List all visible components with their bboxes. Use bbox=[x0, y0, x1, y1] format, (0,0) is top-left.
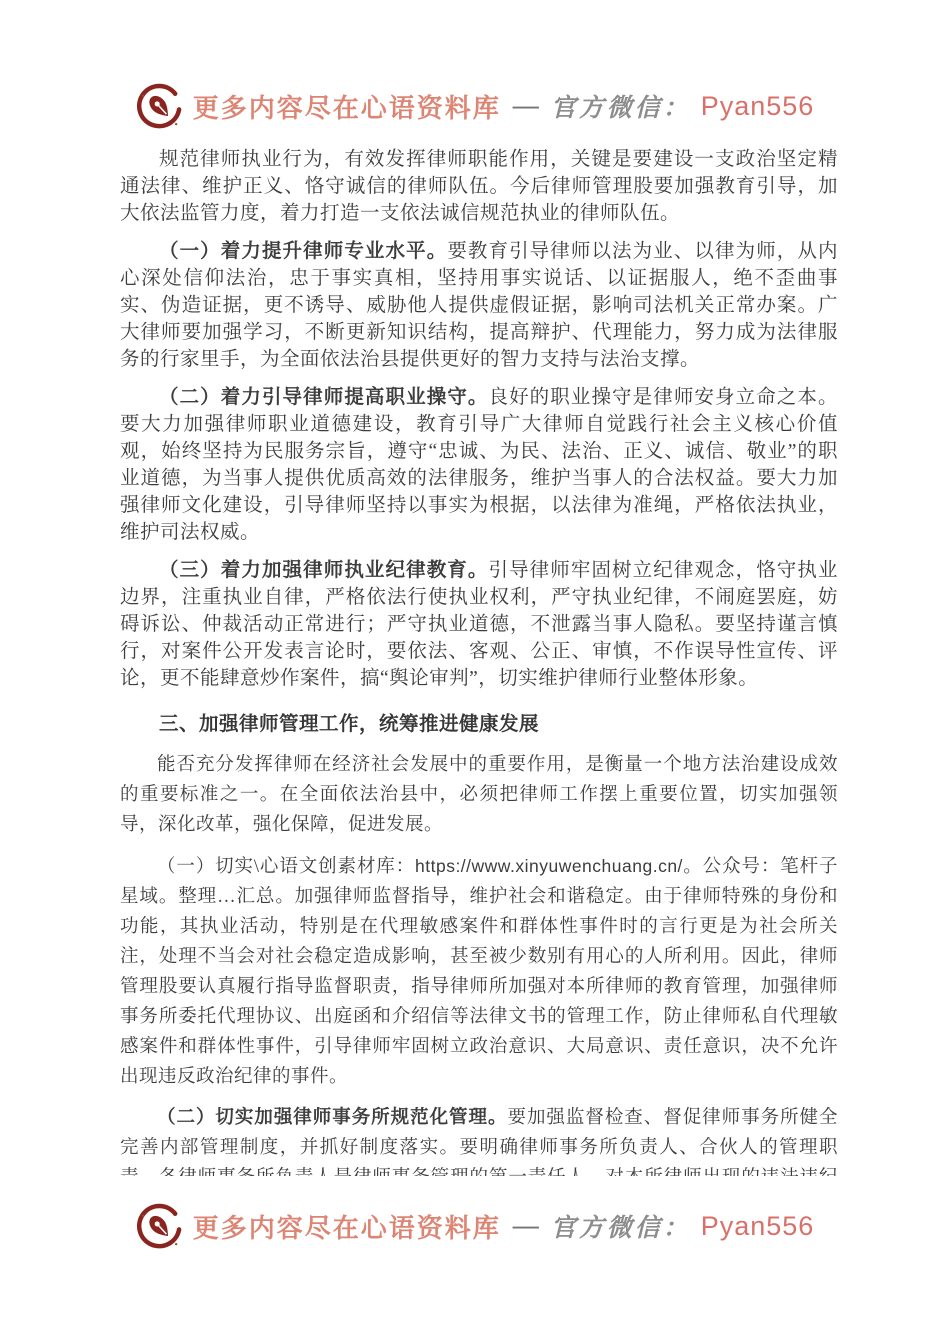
section-2-lead: （二）着力引导律师提高职业操守。 bbox=[159, 387, 489, 408]
section-paragraph-1: （一）着力提升律师专业水平。要教育引导律师以法为业、以律为师，从内心深处信仰法治… bbox=[120, 238, 838, 373]
watermark-url-link[interactable]: https://www.xinyuwenchuang.cn/ bbox=[415, 856, 683, 876]
brand-dash: — bbox=[513, 1211, 539, 1241]
last-section-lead: （二）切实加强律师事务所规范化管理。 bbox=[157, 1108, 507, 1128]
wechat-label: 官方微信： bbox=[551, 1208, 691, 1244]
chapter-heading: 三、加强律师管理工作，统筹推进健康发展 bbox=[120, 708, 838, 736]
footer-watermark: 更多内容尽在心语资料库—官方微信： Pyan556 bbox=[0, 1200, 950, 1252]
pen-nib-seal-icon bbox=[136, 1203, 183, 1250]
section-paragraph-2: （二）着力引导律师提高职业操守。良好的职业操守是律师安身立命之本。要大力加强律师… bbox=[120, 384, 838, 546]
watermark-paragraph-prefix: （一）切实\心语文创素材库： bbox=[157, 857, 415, 877]
header-watermark: 更多内容尽在心语资料库—官方微信： Pyan556 bbox=[0, 0, 950, 132]
intro-paragraph: 规范律师执业行为，有效发挥律师职能作用，关键是要建设一支政治坚定精通法律、维护正… bbox=[120, 146, 838, 227]
wechat-label: 官方微信： bbox=[551, 88, 691, 124]
watermark-paragraph: （一）切实\心语文创素材库：https://www.xinyuwenchuang… bbox=[120, 851, 838, 1092]
chapter-intro-paragraph: 能否充分发挥律师在经济社会发展中的重要作用，是衡量一个地方法治建设成效的重要标准… bbox=[120, 750, 838, 840]
brand-text: 更多内容尽在心语资料库 bbox=[193, 1208, 501, 1245]
brand-dash: — bbox=[513, 91, 539, 121]
document-body: 规范律师执业行为，有效发挥律师职能作用，关键是要建设一支政治坚定精通法律、维护正… bbox=[120, 146, 838, 1176]
brand-text: 更多内容尽在心语资料库 bbox=[193, 88, 501, 125]
last-section-paragraph: （二）切实加强律师事务所规范化管理。要加强监督检查、督促律师事务所健全完善内部管… bbox=[120, 1103, 838, 1176]
section-paragraph-3: （三）着力加强律师执业纪律教育。引导律师牢固树立纪律观念，恪守执业边界，注重执业… bbox=[120, 557, 838, 692]
wechat-id: Pyan556 bbox=[701, 1211, 815, 1242]
section-1-lead: （一）着力提升律师专业水平。 bbox=[159, 241, 447, 262]
pen-nib-seal-icon bbox=[136, 83, 183, 130]
wechat-id: Pyan556 bbox=[701, 91, 815, 122]
section-2-body: 良好的职业操守是律师安身立命之本。要大力加强律师职业道德建设，教育引导广大律师自… bbox=[120, 387, 838, 543]
watermark-paragraph-rest: 。公众号：笔杆子星域。整理…汇总。加强律师监督指导，维护社会和谐稳定。由于律师特… bbox=[120, 857, 838, 1087]
section-3-lead: （三）着力加强律师执业纪律教育。 bbox=[159, 560, 489, 581]
